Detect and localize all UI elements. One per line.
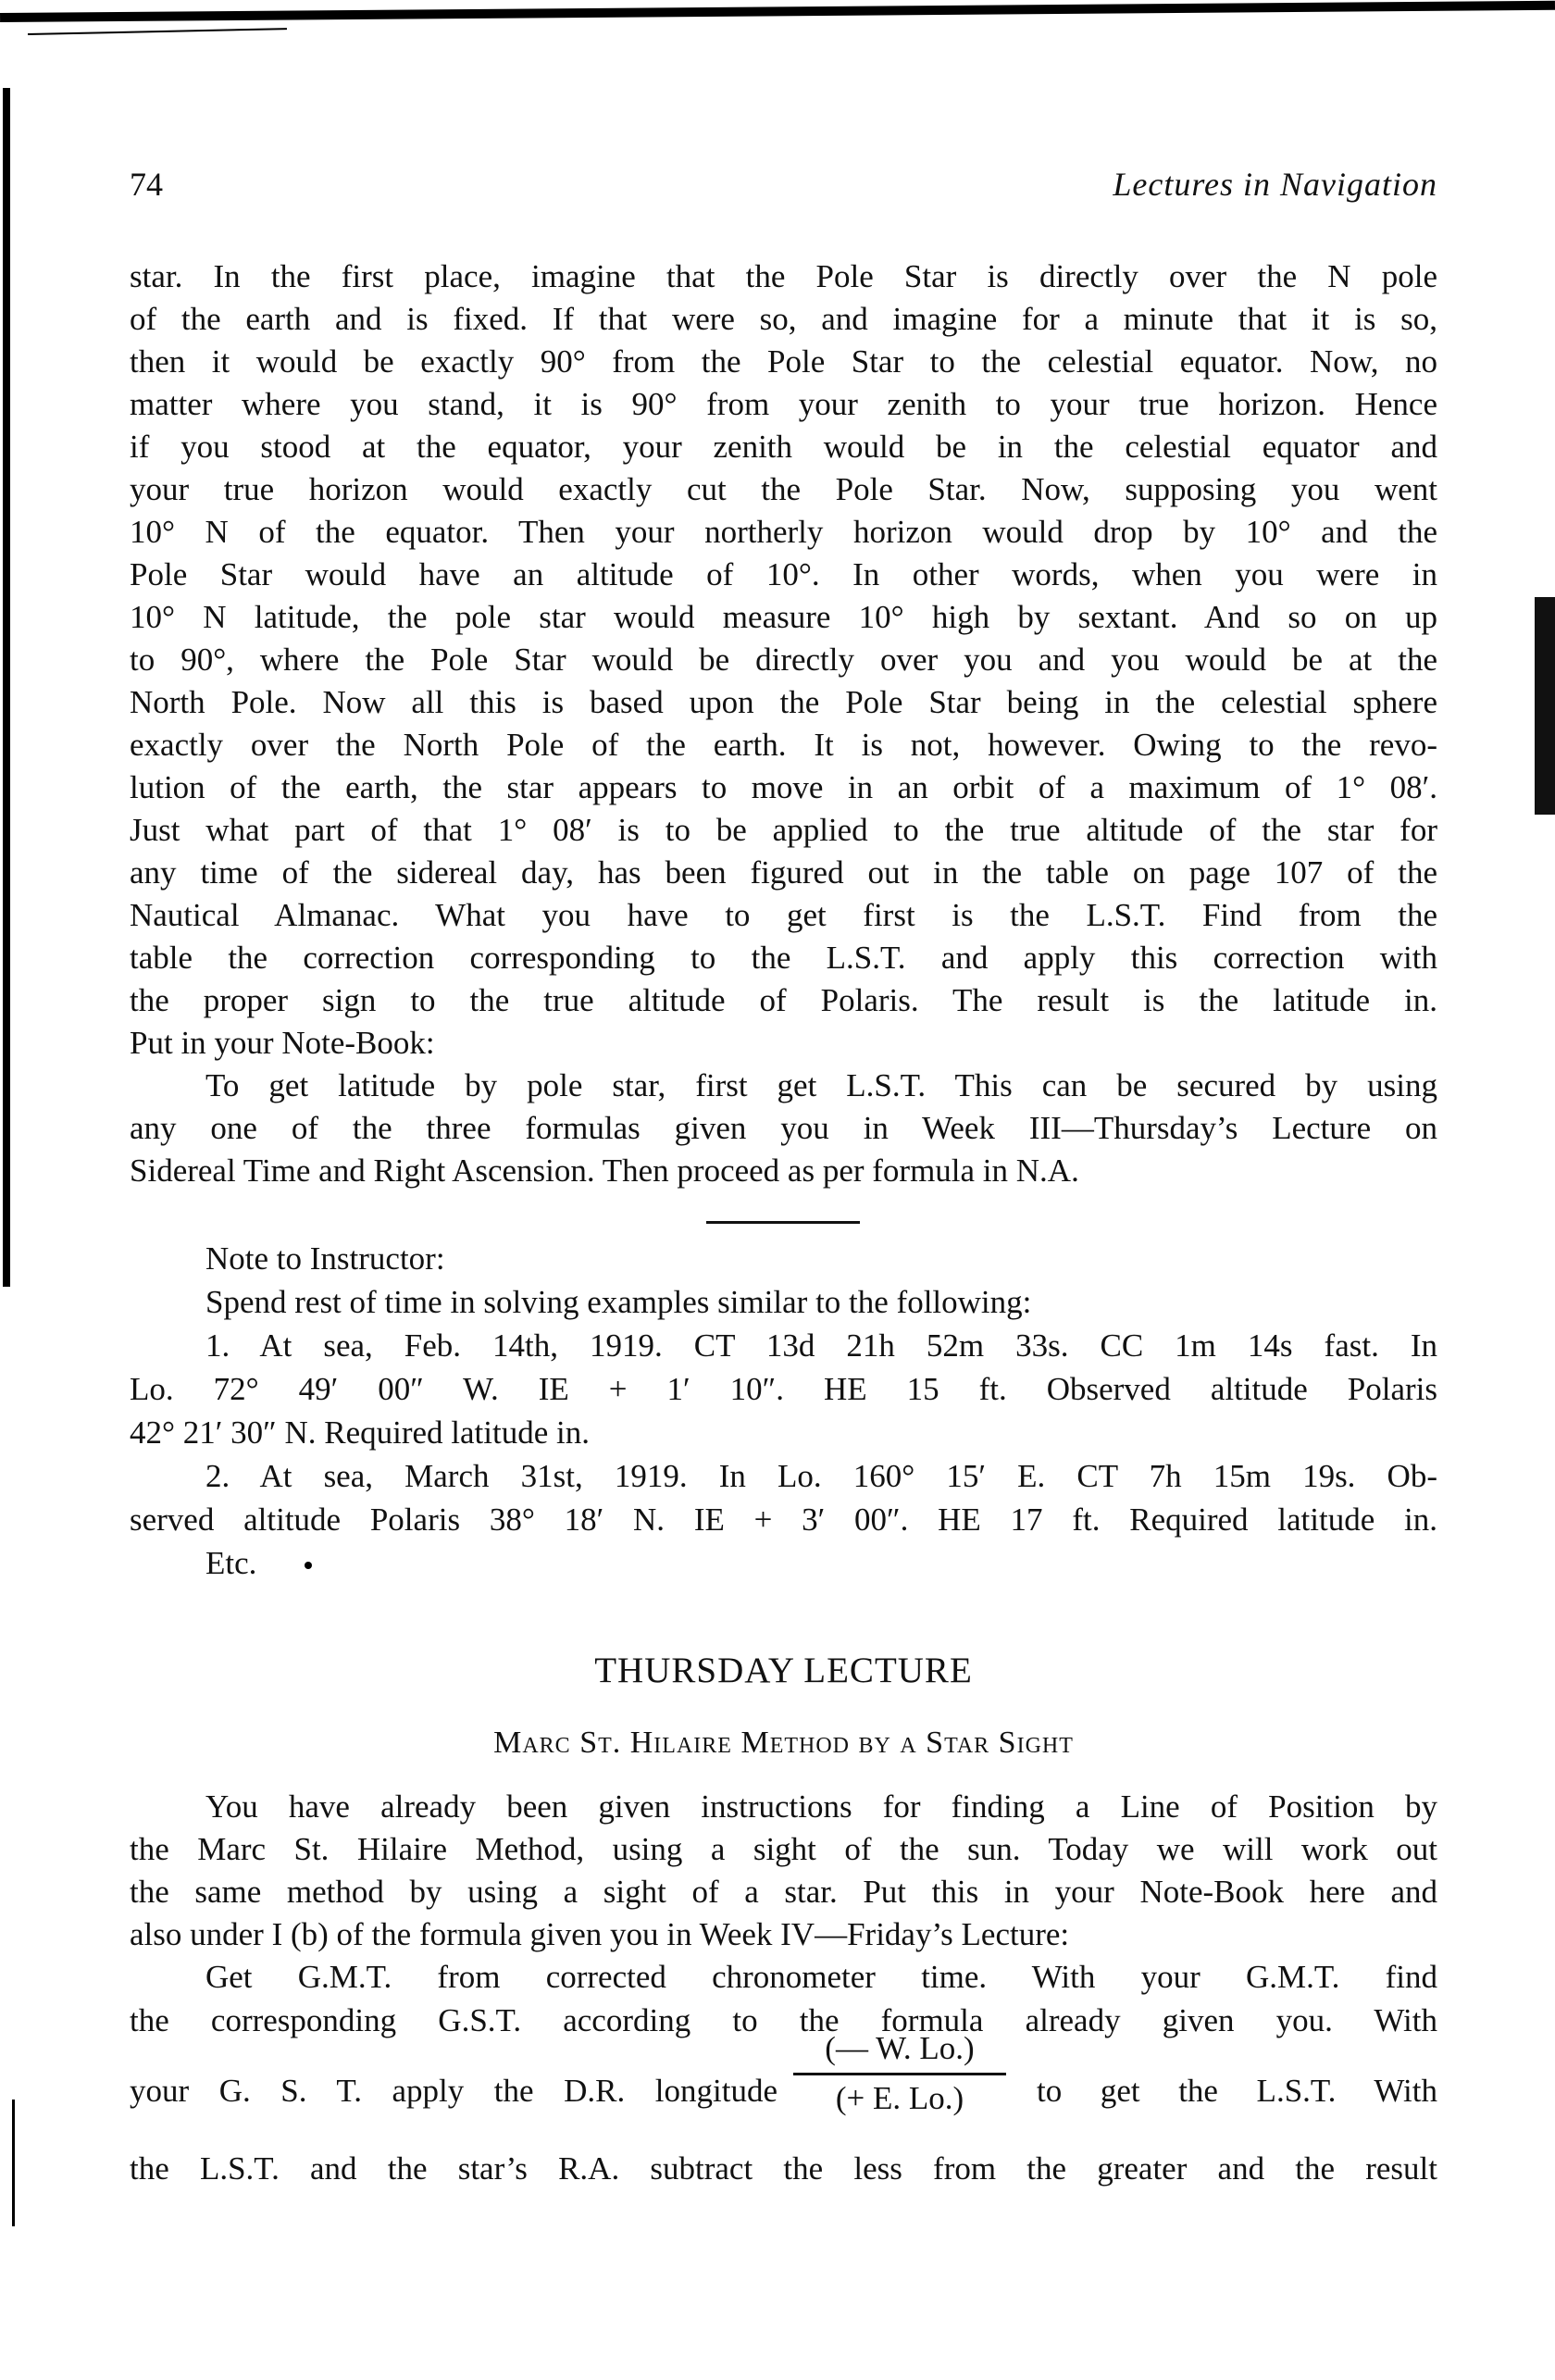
scan-edge-left bbox=[3, 88, 10, 1287]
section-line: the same method by using a sight of a st… bbox=[130, 1871, 1437, 1913]
body-line: Nautical Almanac. What you have to get f… bbox=[130, 894, 1437, 937]
scan-edge-top bbox=[0, 1, 1555, 22]
formula-text-after: to get the L.S.T. With bbox=[1037, 2070, 1437, 2112]
example-line: Lo. 72° 49′ 00″ W. IE + 1′ 10″. HE 15 ft… bbox=[130, 1368, 1437, 1411]
section-title: THURSDAY LECTURE bbox=[130, 1648, 1437, 1694]
instructor-note-heading: Note to Instructor: bbox=[205, 1238, 1437, 1280]
notebook-line: any one of the three formulas given you … bbox=[130, 1107, 1437, 1150]
fraction-bar bbox=[793, 2073, 1006, 2075]
body-line: then it would be exactly 90° from the Po… bbox=[130, 341, 1437, 383]
section-line: the Marc St. Hilaire Method, using a sig… bbox=[130, 1828, 1437, 1871]
fraction-denominator: (+ E. Lo.) bbox=[793, 2077, 1006, 2120]
instructor-note-intro: Spend rest of time in solving examples s… bbox=[205, 1281, 1437, 1324]
section-line: the corresponding G.S.T. according to th… bbox=[130, 2000, 1437, 2042]
body-line: Pole Star would have an altitude of 10°.… bbox=[130, 554, 1437, 596]
body-line: Just what part of that 1° 08′ is to be a… bbox=[130, 809, 1437, 852]
section-line: also under I (b) of the formula given yo… bbox=[130, 1913, 1437, 1956]
body-line: matter where you stand, it is 90° from y… bbox=[130, 383, 1437, 426]
example-line: served altitude Polaris 38° 18′ N. IE + … bbox=[130, 1499, 1437, 1541]
example-line: Etc. bbox=[205, 1542, 1437, 1585]
body-line: exactly over the North Pole of the earth… bbox=[130, 724, 1437, 766]
notebook-line: Sidereal Time and Right Ascension. Then … bbox=[130, 1150, 1437, 1192]
body-line: of the earth and is fixed. If that were … bbox=[130, 298, 1437, 341]
section-divider bbox=[706, 1221, 860, 1224]
running-head: 74 Lectures in Navigation bbox=[130, 165, 1437, 209]
longitude-fraction: (— W. Lo.) (+ E. Lo.) bbox=[793, 2027, 1006, 2120]
body-line: any time of the sidereal day, has been f… bbox=[130, 852, 1437, 894]
section-line: You have already been given instructions… bbox=[205, 1786, 1437, 1828]
page-number: 74 bbox=[130, 165, 163, 204]
fraction-numerator: (— W. Lo.) bbox=[793, 2027, 1006, 2070]
body-line: the proper sign to the true altitude of … bbox=[130, 979, 1437, 1022]
example-line: 1. At sea, Feb. 14th, 1919. CT 13d 21h 5… bbox=[205, 1325, 1437, 1367]
example-line: 2. At sea, March 31st, 1919. In Lo. 160°… bbox=[205, 1455, 1437, 1498]
ink-dot bbox=[305, 1562, 312, 1569]
body-line: to 90°, where the Pole Star would be dir… bbox=[130, 639, 1437, 681]
scan-edge-left-lower bbox=[12, 2100, 15, 2226]
body-line: lution of the earth, the star appears to… bbox=[130, 766, 1437, 809]
formula-text-before: your G. S. T. apply the D.R. longitude bbox=[130, 2070, 777, 2112]
scan-edge-top-thin bbox=[28, 28, 287, 35]
body-line: North Pole. Now all this is based upon t… bbox=[130, 681, 1437, 724]
body-line: your true horizon would exactly cut the … bbox=[130, 468, 1437, 511]
body-line: 10° N latitude, the pole star would meas… bbox=[130, 596, 1437, 639]
body-line: table the correction corresponding to th… bbox=[130, 937, 1437, 979]
scan-edge-right bbox=[1535, 597, 1555, 815]
formula-line: your G. S. T. apply the D.R. longitude (… bbox=[130, 2070, 1437, 2116]
example-line: 42° 21′ 30″ N. Required latitude in. bbox=[130, 1412, 1437, 1454]
body-line: if you stood at the equator, your zenith… bbox=[130, 426, 1437, 468]
section-subtitle: Marc St. Hilaire Method by a Star Sight bbox=[130, 1722, 1437, 1764]
section-line: the L.S.T. and the star’s R.A. subtract … bbox=[130, 2148, 1437, 2190]
notebook-line: To get latitude by pole star, first get … bbox=[205, 1065, 1437, 1107]
running-title: Lectures in Navigation bbox=[1113, 165, 1437, 204]
body-line: 10° N of the equator. Then your northerl… bbox=[130, 511, 1437, 554]
section-line: Get G.M.T. from corrected chronometer ti… bbox=[205, 1956, 1437, 1999]
body-line: Put in your Note-Book: bbox=[130, 1022, 1437, 1065]
body-line: star. In the first place, imagine that t… bbox=[130, 255, 1437, 298]
